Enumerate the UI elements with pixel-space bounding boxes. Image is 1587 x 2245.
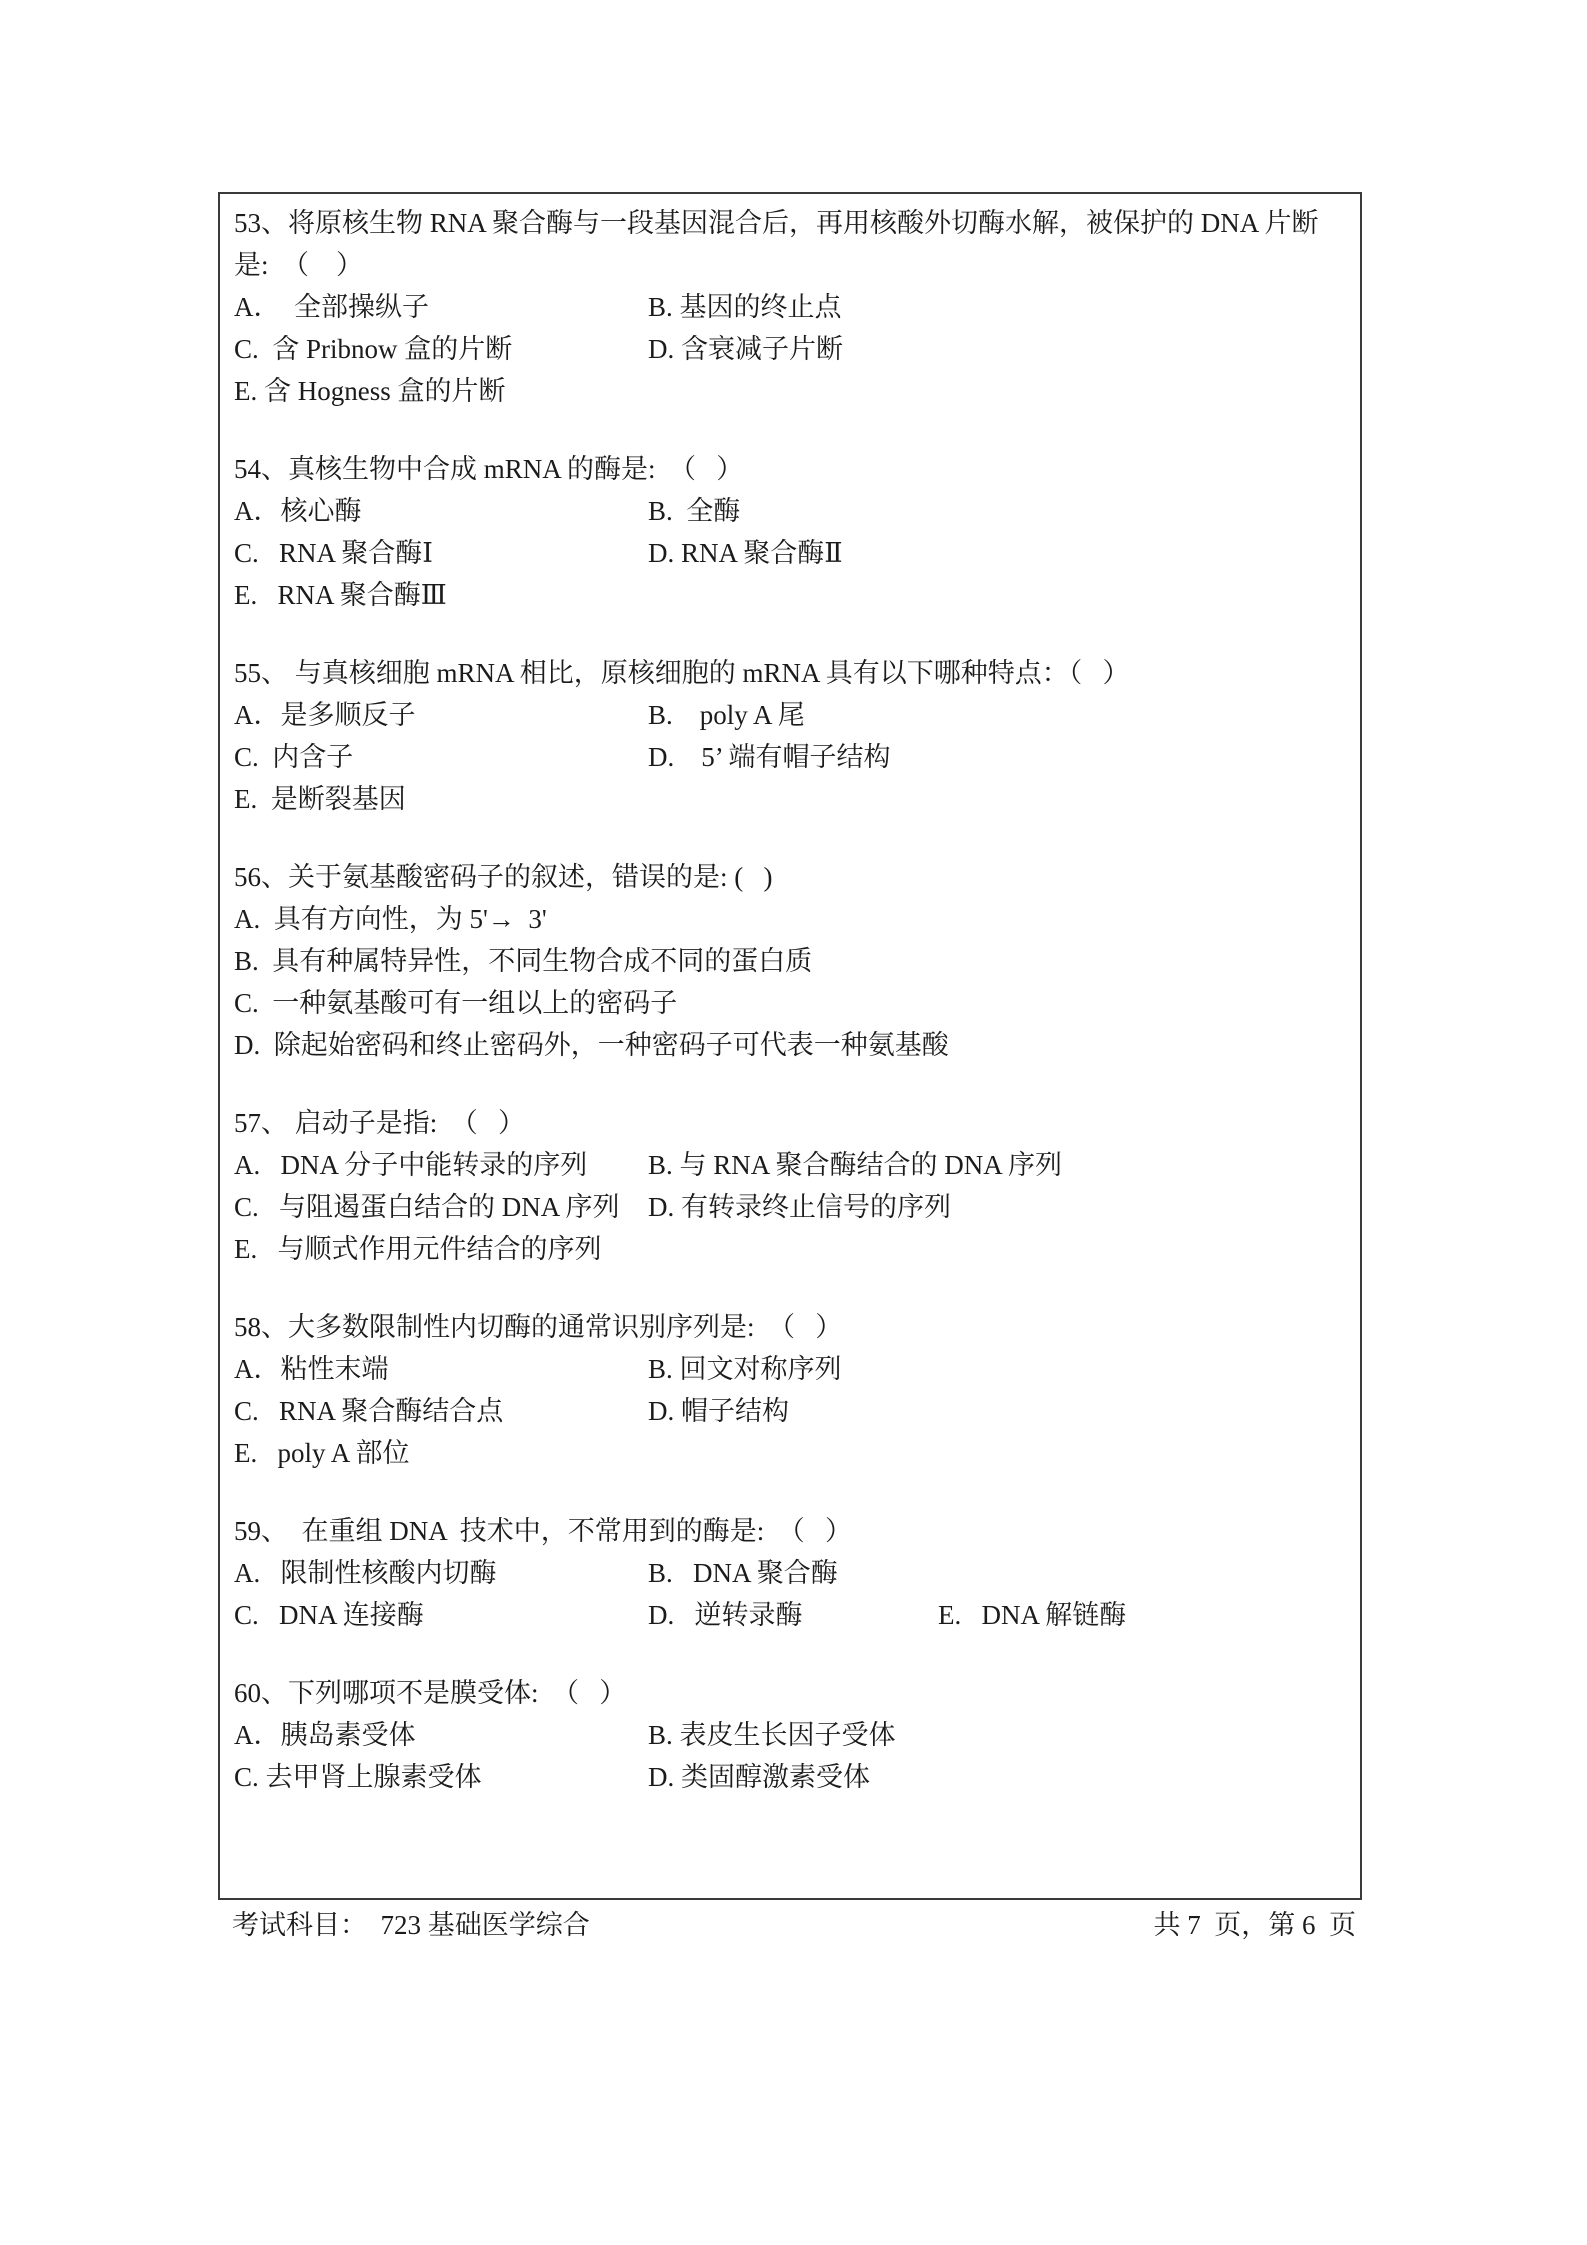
exam-document-page: 53、将原核生物 RNA 聚合酶与一段基因混合后，再用核酸外切酶水解，被保护的 … xyxy=(0,0,1587,2245)
option-row: C. 内含子 D. 5’ 端有帽子结构 xyxy=(234,736,1346,778)
option-b: B. 与 RNA 聚合酶结合的 DNA 序列 xyxy=(648,1144,1062,1186)
option-b: B. 基因的终止点 xyxy=(648,286,842,328)
option-d: D. 含衰减子片断 xyxy=(648,328,843,370)
option-e: E. RNA 聚合酶Ⅲ xyxy=(234,574,447,616)
option-b: B. 表皮生长因子受体 xyxy=(648,1714,896,1756)
option-row: E. poly A 部位 xyxy=(234,1432,1346,1474)
option-a: A. DNA 分子中能转录的序列 xyxy=(234,1144,648,1186)
option-row: A. 限制性核酸内切酶 B. DNA 聚合酶 xyxy=(234,1552,1346,1594)
option-d: D. 有转录终止信号的序列 xyxy=(648,1186,951,1228)
question-stem: 57、 启动子是指: （ ） xyxy=(234,1102,1346,1144)
option-a: A．粘性末端 xyxy=(234,1348,648,1390)
option-row: A．是多顺反子 B. poly A 尾 xyxy=(234,694,1346,736)
option-c: C. 去甲肾上腺素受体 xyxy=(234,1756,648,1798)
option-c: C. 内含子 xyxy=(234,736,648,778)
question-58: 58、大多数限制性内切酶的通常识别序列是: （ ） A．粘性末端 B. 回文对称… xyxy=(234,1306,1346,1474)
option-row: B. 具有种属特异性，不同生物合成不同的蛋白质 xyxy=(234,940,1346,982)
option-row: A. 具有方向性，为 5'→ 3' xyxy=(234,898,1346,940)
option-c: C. 一种氨基酸可有一组以上的密码子 xyxy=(234,982,677,1024)
question-stem: 59、 在重组 DNA 技术中，不常用到的酶是: （ ） xyxy=(234,1510,1346,1552)
footer-pagination: 共 7 页，第 6 页 xyxy=(1154,1905,1357,1945)
option-row: A. DNA 分子中能转录的序列 B. 与 RNA 聚合酶结合的 DNA 序列 xyxy=(234,1144,1346,1186)
option-b: B. 全酶 xyxy=(648,490,740,532)
option-e: E. 含 Hogness 盒的片断 xyxy=(234,370,506,412)
question-stem: 56、关于氨基酸密码子的叙述，错误的是: ( ) xyxy=(234,856,1346,898)
option-row: C. 去甲肾上腺素受体 D. 类固醇激素受体 xyxy=(234,1756,1346,1798)
option-row: C. 含 Pribnow 盒的片断 D. 含衰减子片断 xyxy=(234,328,1346,370)
option-e: E. 与顺式作用元件结合的序列 xyxy=(234,1228,602,1270)
option-row: A．胰岛素受体 B. 表皮生长因子受体 xyxy=(234,1714,1346,1756)
option-row: A．粘性末端 B. 回文对称序列 xyxy=(234,1348,1346,1390)
option-a: A．是多顺反子 xyxy=(234,694,648,736)
option-a: A．核心酶 xyxy=(234,490,648,532)
option-c: C. 含 Pribnow 盒的片断 xyxy=(234,328,648,370)
option-row: C. 与阻遏蛋白结合的 DNA 序列 D. 有转录终止信号的序列 xyxy=(234,1186,1346,1228)
option-row: C. 一种氨基酸可有一组以上的密码子 xyxy=(234,982,1346,1024)
option-e: E. 是断裂基因 xyxy=(234,778,406,820)
option-row: E. 与顺式作用元件结合的序列 xyxy=(234,1228,1346,1270)
option-d: D. 逆转录酶 xyxy=(648,1594,938,1636)
question-stem: 是: （ ） xyxy=(234,244,1346,286)
option-d: D. 除起始密码和终止密码外，一种密码子可代表一种氨基酸 xyxy=(234,1024,949,1066)
option-a: A．胰岛素受体 xyxy=(234,1714,648,1756)
option-row: C. DNA 连接酶 D. 逆转录酶 E. DNA 解链酶 xyxy=(234,1594,1346,1636)
option-c: C. 与阻遏蛋白结合的 DNA 序列 xyxy=(234,1186,648,1228)
question-56: 56、关于氨基酸密码子的叙述，错误的是: ( ) A. 具有方向性，为 5'→ … xyxy=(234,856,1346,1066)
option-row: A． 全部操纵子 B. 基因的终止点 xyxy=(234,286,1346,328)
questions-border-box: 53、将原核生物 RNA 聚合酶与一段基因混合后，再用核酸外切酶水解，被保护的 … xyxy=(218,192,1362,1900)
question-54: 54、真核生物中合成 mRNA 的酶是: （ ） A．核心酶 B. 全酶 C. … xyxy=(234,448,1346,616)
question-57: 57、 启动子是指: （ ） A. DNA 分子中能转录的序列 B. 与 RNA… xyxy=(234,1102,1346,1270)
question-stem: 58、大多数限制性内切酶的通常识别序列是: （ ） xyxy=(234,1306,1346,1348)
option-b: B. 回文对称序列 xyxy=(648,1348,842,1390)
option-d: D. 帽子结构 xyxy=(648,1390,789,1432)
question-stem: 54、真核生物中合成 mRNA 的酶是: （ ） xyxy=(234,448,1346,490)
option-d: D. 5’ 端有帽子结构 xyxy=(648,736,891,778)
option-b: B. 具有种属特异性，不同生物合成不同的蛋白质 xyxy=(234,940,812,982)
option-d: D. 类固醇激素受体 xyxy=(648,1756,870,1798)
question-stem: 53、将原核生物 RNA 聚合酶与一段基因混合后，再用核酸外切酶水解，被保护的 … xyxy=(234,202,1346,244)
option-d: D. RNA 聚合酶Ⅱ xyxy=(648,532,843,574)
option-c: C. RNA 聚合酶Ⅰ xyxy=(234,532,648,574)
option-a: A. 具有方向性，为 5'→ 3' xyxy=(234,898,547,940)
question-53: 53、将原核生物 RNA 聚合酶与一段基因混合后，再用核酸外切酶水解，被保护的 … xyxy=(234,202,1346,412)
option-row: E. RNA 聚合酶Ⅲ xyxy=(234,574,1346,616)
footer-subject: 考试科目： 723 基础医学综合 xyxy=(232,1905,590,1945)
option-a: A. 限制性核酸内切酶 xyxy=(234,1552,648,1594)
option-row: D. 除起始密码和终止密码外，一种密码子可代表一种氨基酸 xyxy=(234,1024,1346,1066)
option-row: E. 是断裂基因 xyxy=(234,778,1346,820)
option-b: B. DNA 聚合酶 xyxy=(648,1552,838,1594)
option-a: A． 全部操纵子 xyxy=(234,286,648,328)
page-footer: 考试科目： 723 基础医学综合 共 7 页，第 6 页 xyxy=(232,1905,1356,1945)
option-c: C. RNA 聚合酶结合点 xyxy=(234,1390,648,1432)
option-e: E. poly A 部位 xyxy=(234,1432,410,1474)
question-stem: 55、 与真核细胞 mRNA 相比，原核细胞的 mRNA 具有以下哪种特点：（ … xyxy=(234,652,1346,694)
option-row: A．核心酶 B. 全酶 xyxy=(234,490,1346,532)
option-e: E. DNA 解链酶 xyxy=(938,1594,1126,1636)
question-stem: 60、下列哪项不是膜受体: （ ） xyxy=(234,1672,1346,1714)
option-c: C. DNA 连接酶 xyxy=(234,1594,648,1636)
option-b: B. poly A 尾 xyxy=(648,694,805,736)
option-row: C. RNA 聚合酶Ⅰ D. RNA 聚合酶Ⅱ xyxy=(234,532,1346,574)
question-55: 55、 与真核细胞 mRNA 相比，原核细胞的 mRNA 具有以下哪种特点：（ … xyxy=(234,652,1346,820)
option-row: E. 含 Hogness 盒的片断 xyxy=(234,370,1346,412)
question-59: 59、 在重组 DNA 技术中，不常用到的酶是: （ ） A. 限制性核酸内切酶… xyxy=(234,1510,1346,1636)
question-60: 60、下列哪项不是膜受体: （ ） A．胰岛素受体 B. 表皮生长因子受体 C.… xyxy=(234,1672,1346,1798)
option-row: C. RNA 聚合酶结合点 D. 帽子结构 xyxy=(234,1390,1346,1432)
